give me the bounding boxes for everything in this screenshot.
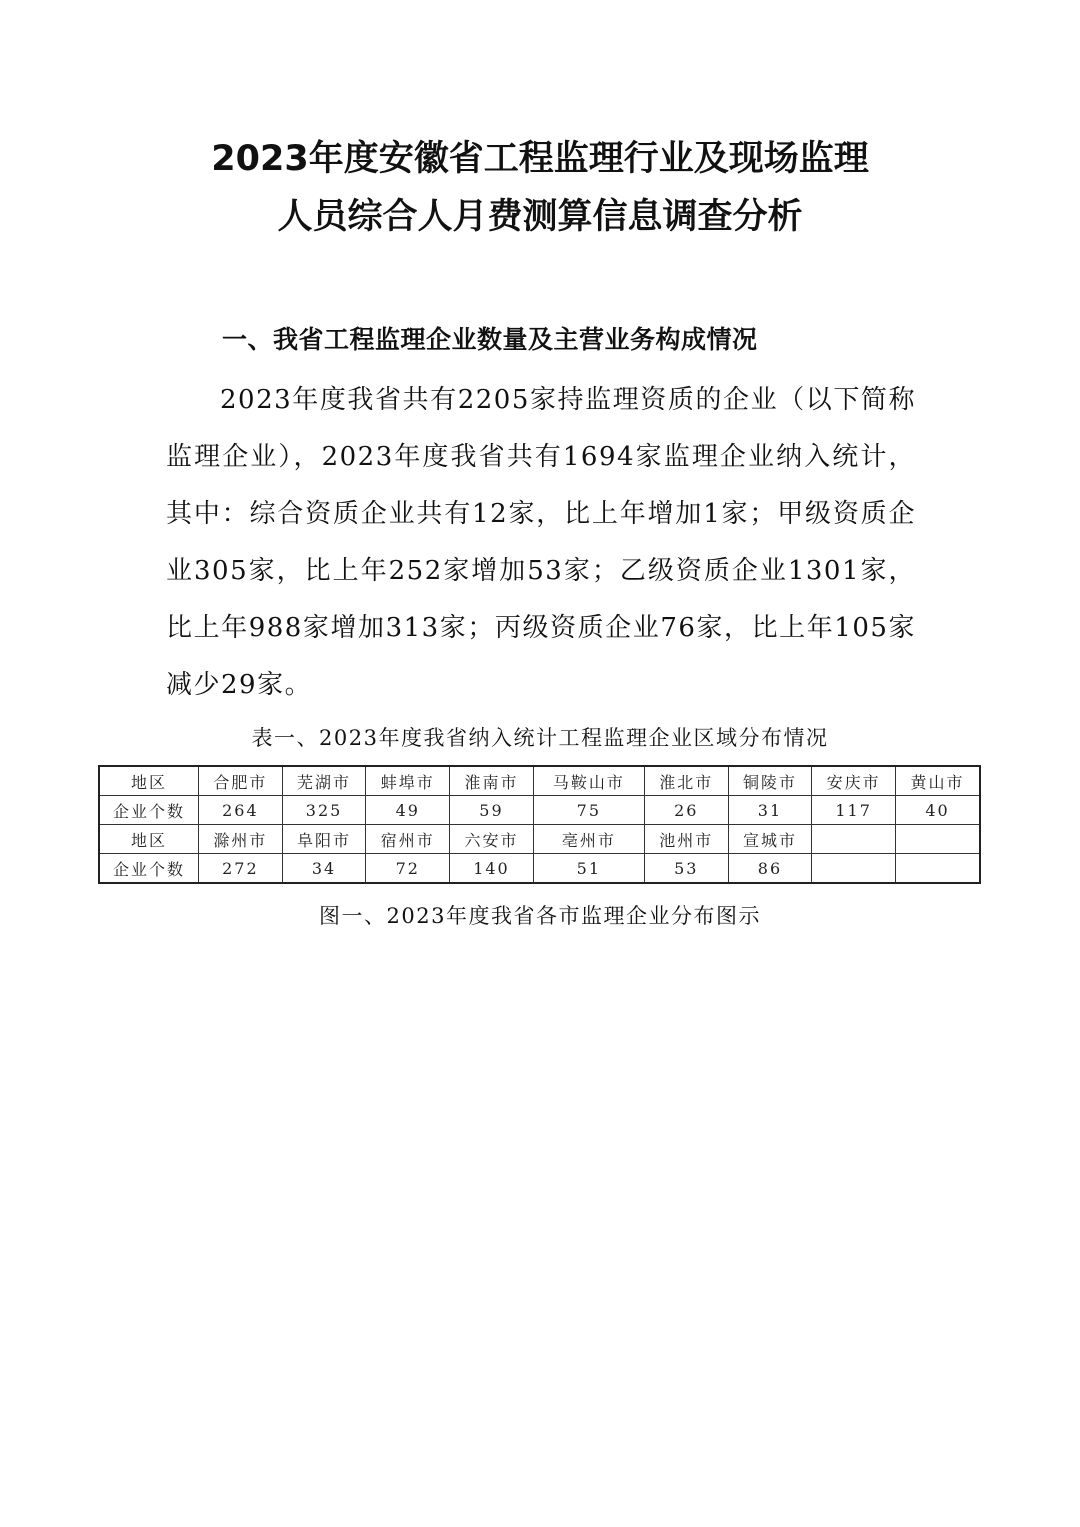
region-cell [896,825,981,854]
region-cell: 黄山市 [896,766,981,796]
region-cell: 铜陵市 [728,766,812,796]
count-cell [896,854,981,884]
figure-caption: 图一、2023年度我省各市监理企业分布图示 [0,900,1080,930]
table-row: 地区 合肥市 芜湖市 蚌埠市 淮南市 马鞍山市 淮北市 铜陵市 安庆市 黄山市 [99,766,980,796]
table-row: 地区 滁州市 阜阳市 宿州市 六安市 亳州市 池州市 宣城市 [99,825,980,854]
table-caption: 表一、2023年度我省纳入统计工程监理企业区域分布情况 [0,722,1080,752]
row-label: 地区 [99,766,199,796]
count-cell [812,854,896,884]
row-label: 地区 [99,825,199,854]
count-cell: 40 [896,796,981,825]
region-cell: 蚌埠市 [366,766,450,796]
region-cell: 池州市 [644,825,728,854]
count-cell: 272 [199,854,283,884]
count-cell: 117 [812,796,896,825]
document-title-line2: 人员综合人月费测算信息调查分析 [0,188,1080,246]
count-cell: 264 [199,796,283,825]
region-cell [812,825,896,854]
section-paragraph: 2023年度我省共有2205家持监理资质的企业（以下简称监理企业），2023年度… [166,372,916,714]
count-cell: 49 [366,796,450,825]
region-distribution-table: 地区 合肥市 芜湖市 蚌埠市 淮南市 马鞍山市 淮北市 铜陵市 安庆市 黄山市 … [98,765,981,884]
table-row: 企业个数 264 325 49 59 75 26 31 117 40 [99,796,980,825]
region-cell: 亳州市 [533,825,644,854]
row-label: 企业个数 [99,796,199,825]
count-cell: 59 [450,796,534,825]
count-cell: 51 [533,854,644,884]
table-row: 企业个数 272 34 72 140 51 53 86 [99,854,980,884]
count-cell: 31 [728,796,812,825]
region-cell: 马鞍山市 [533,766,644,796]
count-cell: 140 [450,854,534,884]
region-cell: 淮南市 [450,766,534,796]
count-cell: 72 [366,854,450,884]
section-heading: 一、我省工程监理企业数量及主营业务构成情况 [222,320,758,360]
region-cell: 安庆市 [812,766,896,796]
count-cell: 53 [644,854,728,884]
region-cell: 淮北市 [644,766,728,796]
region-cell: 合肥市 [199,766,283,796]
region-cell: 阜阳市 [282,825,366,854]
region-cell: 滁州市 [199,825,283,854]
count-cell: 325 [282,796,366,825]
region-cell: 芜湖市 [282,766,366,796]
region-cell: 宣城市 [728,825,812,854]
count-cell: 75 [533,796,644,825]
count-cell: 26 [644,796,728,825]
region-cell: 宿州市 [366,825,450,854]
count-cell: 86 [728,854,812,884]
region-cell: 六安市 [450,825,534,854]
document-title-line1: 2023年度安徽省工程监理行业及现场监理 [0,130,1080,188]
count-cell: 34 [282,854,366,884]
row-label: 企业个数 [99,854,199,884]
